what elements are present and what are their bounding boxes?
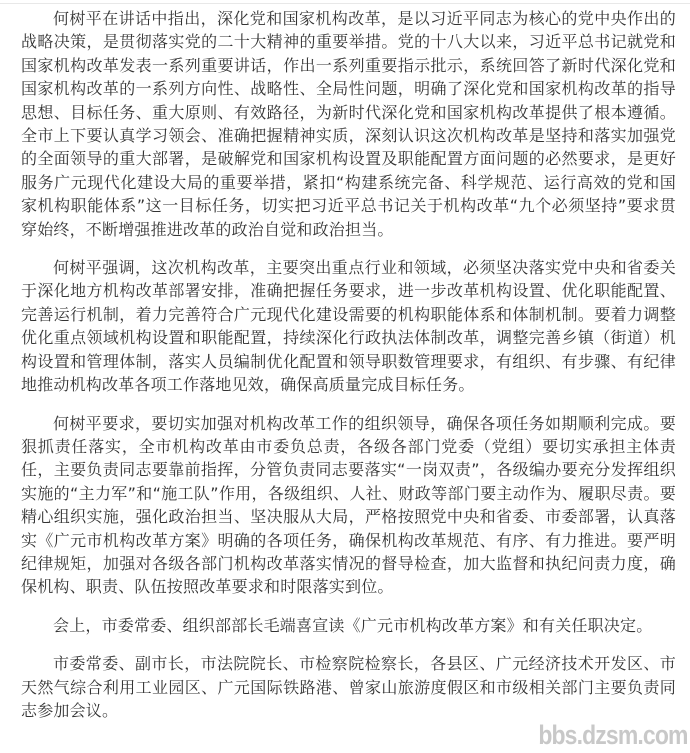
article-body: 何树平在讲话中指出，深化党和国家机构改革，是以习近平同志为核心的党中央作出的战略… xyxy=(21,7,676,737)
paragraph-meeting-reading: 会上，市委常委、组织部部长毛端喜宣读《广元市机构改革方案》和有关任职决定。 xyxy=(21,614,676,637)
paragraph-speech-points: 何树平在讲话中指出，深化党和国家机构改革，是以习近平同志为核心的党中央作出的战略… xyxy=(21,7,676,241)
site-watermark: bbs.dzsm.com xyxy=(539,720,688,751)
paragraph-attendees: 市委常委、副市长，市法院院长、市检察院检察长，各县区、广元经济技术开发区、市天然… xyxy=(21,652,676,722)
top-divider xyxy=(0,0,690,4)
paragraph-emphasis: 何树平强调，这次机构改革，主要突出重点行业和领域，必须坚决落实党中央和省委关于深… xyxy=(21,256,676,396)
paragraph-requirements: 何树平要求，要切实加强对机构改革工作的组织领导，确保各项任务如期顺利完成。要狠抓… xyxy=(21,412,676,599)
